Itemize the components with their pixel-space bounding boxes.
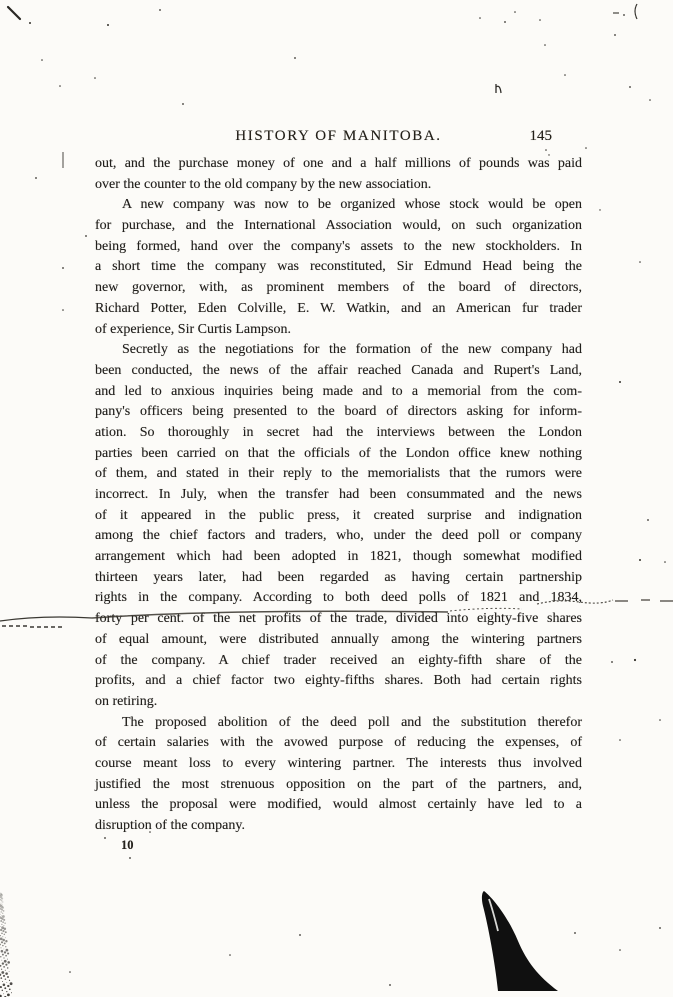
text-line: arrangement which had been adopted in 18… [95, 547, 582, 568]
text-line: on retiring. [95, 692, 582, 713]
text-line: of experience, Sir Curtis Lampson. [95, 320, 582, 341]
page-title: HISTORY OF MANITOBA. [95, 128, 582, 145]
text-line: parties been carried on that the officia… [95, 444, 582, 465]
text-line: pany's officers being presented to the b… [95, 402, 582, 423]
pen-slash-artifact [8, 7, 20, 19]
text-line: rights in the company. According to both… [95, 588, 582, 609]
text-line: course meant loss to every wintering par… [95, 754, 582, 775]
text-line: a short time the company was reconstitut… [95, 257, 582, 278]
text-line: of them, and stated in their reply to th… [95, 464, 582, 485]
edge-noise-artifact [0, 893, 12, 997]
scratch-line-artifact [0, 617, 92, 627]
paragraph: Secretly as the negotiations for the for… [95, 340, 582, 712]
text-line: profits, and a chief factor two eighty-f… [95, 671, 582, 692]
smudge-artifact [496, 84, 501, 93]
paragraph: The proposed abolition of the deed poll … [95, 713, 582, 837]
text-line: new governor, with, as prominent members… [95, 278, 582, 299]
ink-blob-artifact [482, 891, 558, 991]
page-header: HISTORY OF MANITOBA. 145 [95, 128, 582, 148]
text-line: being formed, hand over the company's as… [95, 237, 582, 258]
text-line: of equal amount, were distributed annual… [95, 630, 582, 651]
text-line: been conducted, the news of the affair r… [95, 361, 582, 382]
text-line: for purchase, and the International Asso… [95, 216, 582, 237]
page-number: 145 [530, 128, 553, 145]
text-line: of the company. A chief trader received … [95, 651, 582, 672]
body-text: out, and the purchase money of one and a… [95, 154, 582, 837]
text-line: Secretly as the negotiations for the for… [95, 340, 582, 361]
paragraph: A new company was now to be organized wh… [95, 195, 582, 340]
text-line: out, and the purchase money of one and a… [95, 154, 582, 175]
text-line: of it appeared in the public press, it c… [95, 506, 582, 527]
text-line: A new company was now to be organized wh… [95, 195, 582, 216]
text-line: ation. So thoroughly in secret had the i… [95, 423, 582, 444]
text-line: incorrect. In July, when the transfer ha… [95, 485, 582, 506]
text-line: thirteen years later, had been regarded … [95, 568, 582, 589]
text-line: justified the most strenuous opposition … [95, 775, 582, 796]
text-line: among the chief factors and traders, who… [95, 526, 582, 547]
text-line: unless the proposal were modified, would… [95, 795, 582, 816]
signature-mark: 10 [121, 838, 134, 853]
text-line: and led to anxious inquiries being made … [95, 382, 582, 403]
pen-curl-artifact [613, 4, 637, 19]
scanned-book-page: HISTORY OF MANITOBA. 145 out, and the pu… [0, 0, 673, 997]
paragraph: out, and the purchase money of one and a… [95, 154, 582, 195]
text-line: The proposed abolition of the deed poll … [95, 713, 582, 734]
text-line: of certain salaries with the avowed purp… [95, 733, 582, 754]
text-line: disruption of the company. [95, 816, 582, 837]
text-line: Richard Potter, Eden Colville, E. W. Wat… [95, 299, 582, 320]
text-line: over the counter to the old company by t… [95, 175, 582, 196]
text-line: forty per cent. of the net profits of th… [95, 609, 582, 630]
